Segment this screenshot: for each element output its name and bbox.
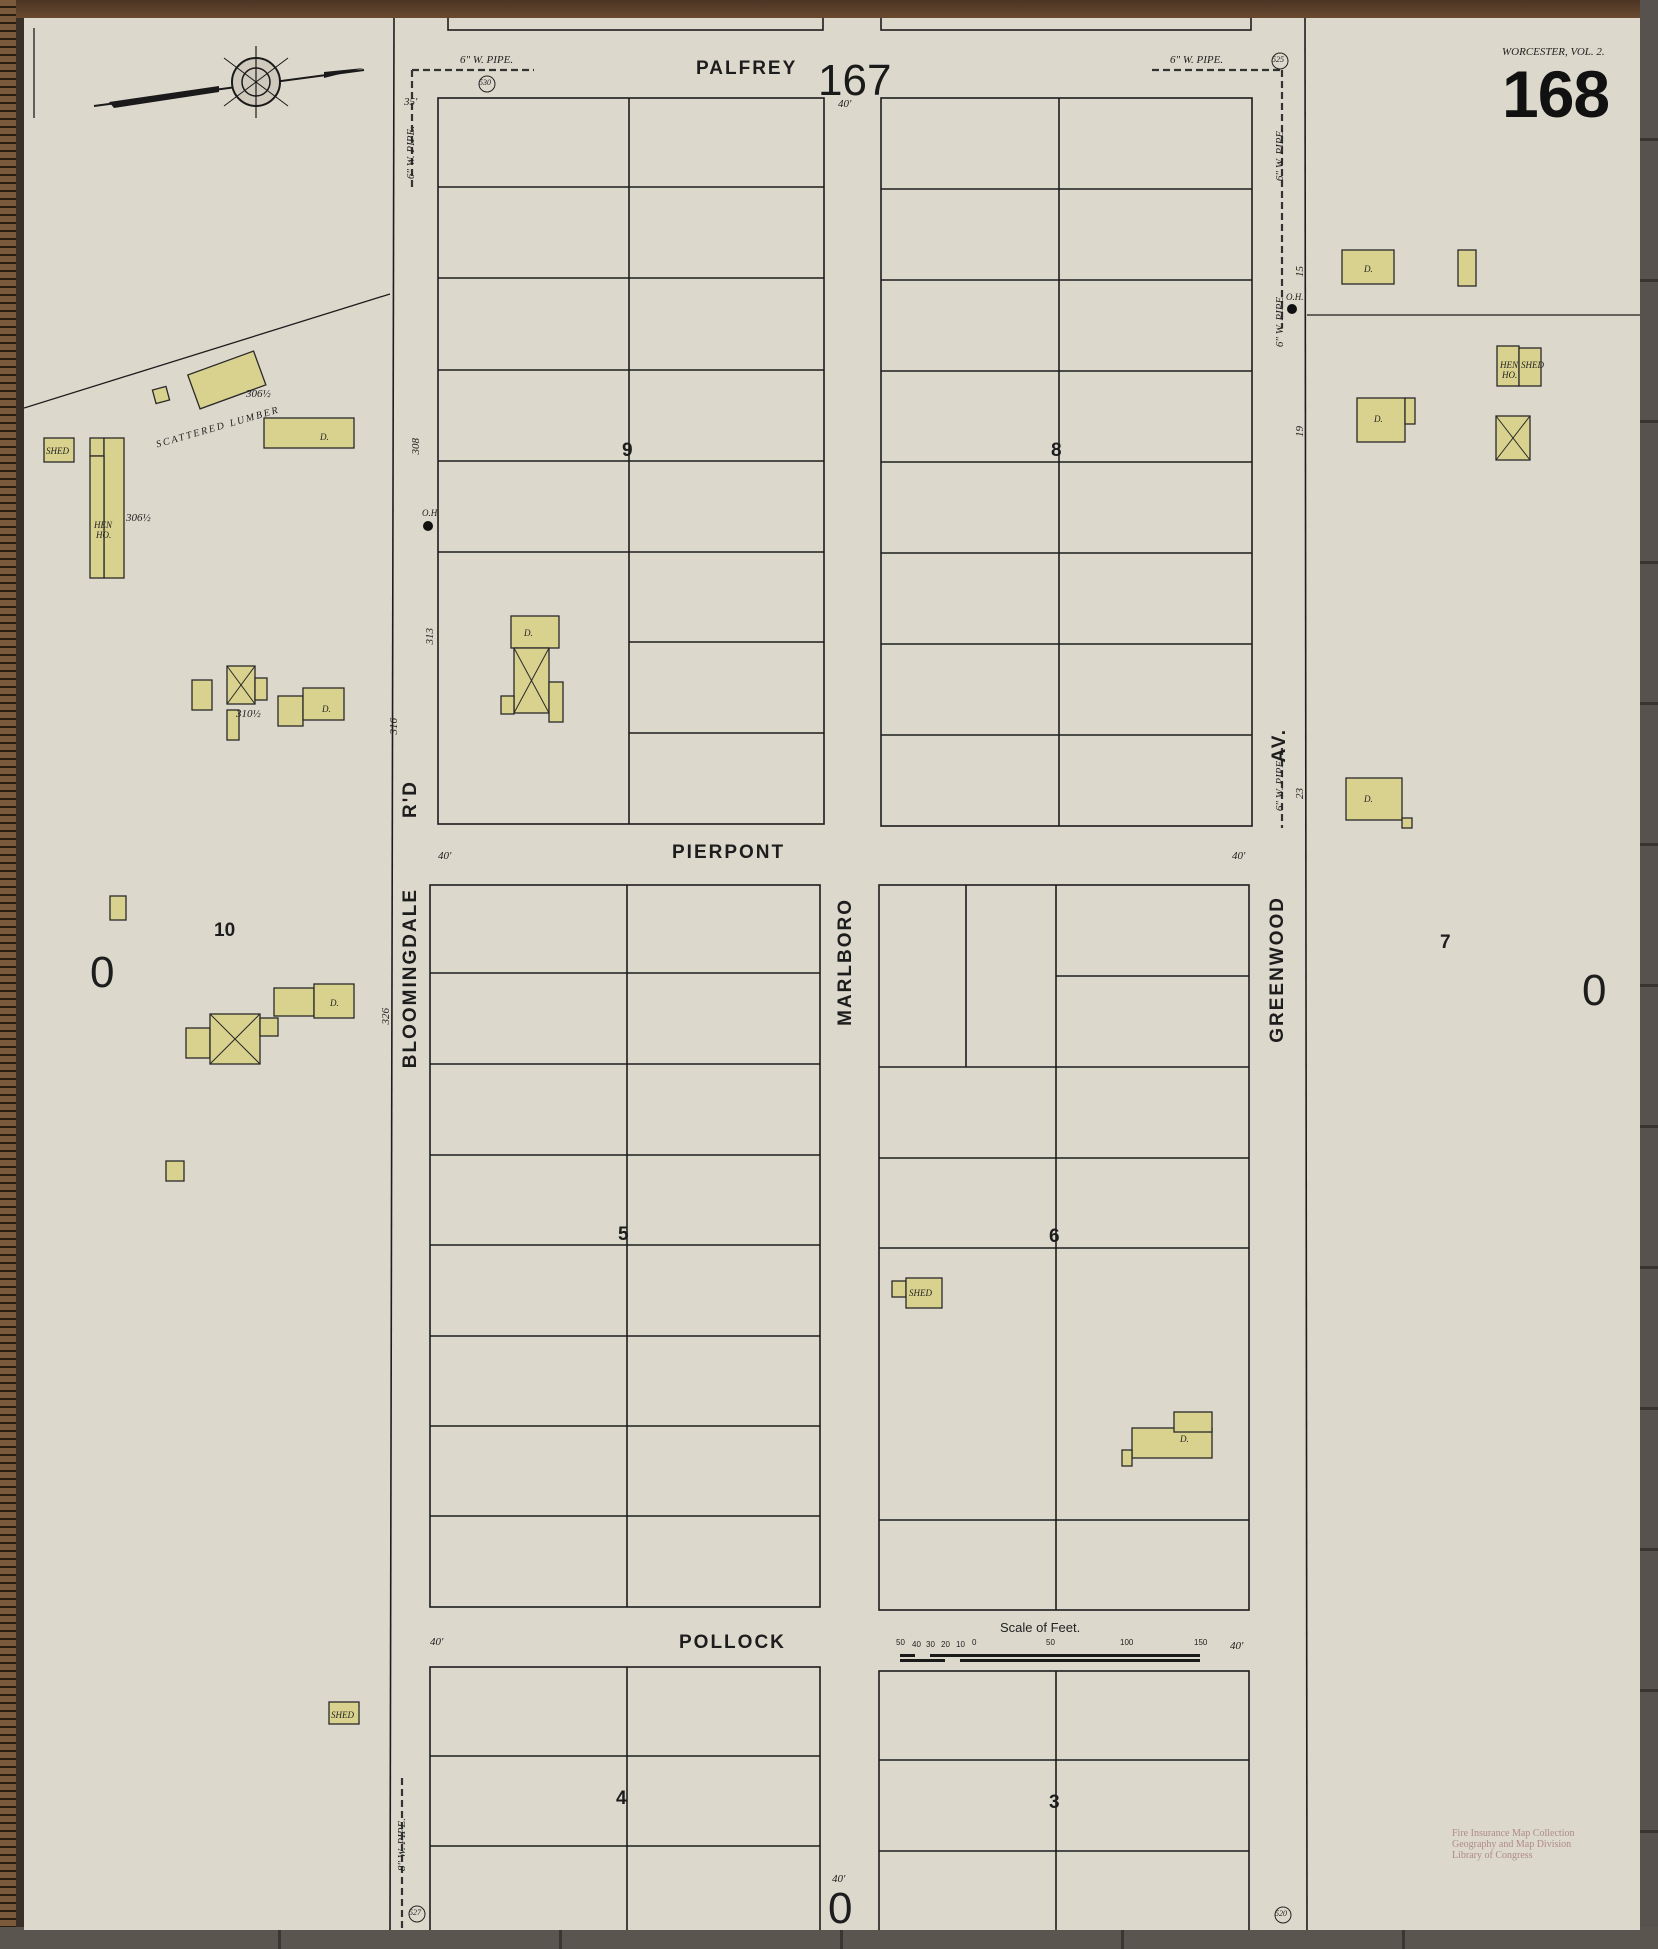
pipe-label-greenwood-south: 6" W. PIPE. xyxy=(1274,758,1286,811)
street-width-pierpont-w: 40' xyxy=(438,850,451,862)
pipe-label-bloomingdale-north: 6" W. PIPE. xyxy=(405,126,417,179)
elevation-sw: 527 xyxy=(409,1908,421,1917)
street-greenwood: GREENWOOD xyxy=(1267,896,1289,1043)
street-width-pierpont-e: 40' xyxy=(1232,850,1245,862)
block-7: 7 xyxy=(1440,932,1451,954)
block-9: 9 xyxy=(622,440,633,462)
block-10: 10 xyxy=(214,920,235,942)
svg-text:D.: D. xyxy=(1179,1434,1189,1444)
house-number: 313 xyxy=(424,628,436,645)
street-palfrey: PALFREY xyxy=(696,58,797,80)
scale-tick: 0 xyxy=(972,1638,976,1647)
pipe-label-bloomingdale-south: 8" W. PIPE. xyxy=(396,1818,408,1871)
svg-text:SHED: SHED xyxy=(909,1288,932,1298)
house-number: 310½ xyxy=(236,708,261,720)
house-number: 19 xyxy=(1294,426,1306,437)
svg-text:SHED: SHED xyxy=(1521,360,1544,370)
right-ruler xyxy=(1640,0,1658,1949)
house-number: 316 xyxy=(388,718,400,735)
adjacent-page-ref: 167 xyxy=(818,56,891,106)
svg-text:D.: D. xyxy=(523,628,533,638)
pipe-label-palfrey-west: 6" W. PIPE. xyxy=(460,54,513,66)
house-number: 326 xyxy=(380,1008,392,1025)
street-marlboro: MARLBORO xyxy=(835,898,857,1026)
house-number: 306½ xyxy=(246,388,271,400)
adjacent-ref-east: 0 xyxy=(1582,966,1606,1016)
left-ruler xyxy=(0,0,16,1949)
hydrant-label-east: O.H. xyxy=(1286,292,1304,302)
street-bloomingdale-suffix: R'D xyxy=(400,780,422,818)
house-number: 23 xyxy=(1294,788,1306,799)
page-number: 168 xyxy=(1502,56,1609,132)
pipe-label-palfrey-east: 6" W. PIPE. xyxy=(1170,54,1223,66)
street-pierpont: PIERPONT xyxy=(672,842,785,864)
scale-tick: 20 xyxy=(941,1640,950,1649)
hydrant-label-west: O.H. xyxy=(422,508,440,518)
pipe-label-greenwood-mid: 6" W. PIPE. xyxy=(1274,294,1286,347)
house-number: 306½ xyxy=(126,512,151,524)
street-width-bloomingdale: 35' xyxy=(404,96,417,108)
scale-tick: 30 xyxy=(926,1640,935,1649)
street-width-palfrey: 40' xyxy=(838,98,851,110)
elevation-se: 520 xyxy=(1275,1909,1287,1918)
block-4: 4 xyxy=(616,1788,627,1810)
scale-tick: 50 xyxy=(896,1638,905,1647)
map-linework: SHED HEN HO. D. D. D. SHED D. D. HEN HO.… xyxy=(24,18,1640,1930)
svg-text:SHED: SHED xyxy=(331,1710,354,1720)
scale-tick: 50 xyxy=(1046,1638,1055,1647)
svg-text:HO.: HO. xyxy=(95,530,111,540)
svg-text:D.: D. xyxy=(1373,414,1383,424)
street-width-marlboro-s: 40' xyxy=(832,1873,845,1885)
loc-stamp: Fire Insurance Map Collection Geography … xyxy=(1452,1828,1574,1861)
svg-text:HO.: HO. xyxy=(1501,370,1517,380)
loc-stamp-line-2: Geography and Map Division xyxy=(1452,1839,1574,1850)
shed-label: SHED xyxy=(46,446,69,456)
svg-text:HEN: HEN xyxy=(1499,360,1519,370)
scale-tick: 10 xyxy=(956,1640,965,1649)
scale-tick: 100 xyxy=(1120,1638,1133,1647)
street-width-pollock-w: 40' xyxy=(430,1636,443,1648)
scale-bar xyxy=(900,1654,1200,1662)
loc-stamp-line-3: Library of Congress xyxy=(1452,1850,1574,1861)
street-width-pollock-e: 40' xyxy=(1230,1640,1243,1652)
svg-text:D.: D. xyxy=(321,704,331,714)
elevation-nw: 530 xyxy=(479,78,491,87)
elevation-ne: 525 xyxy=(1272,55,1284,64)
pipe-label-greenwood-north: 6" W. PIPE. xyxy=(1274,128,1286,181)
street-bloomingdale: BLOOMINGDALE xyxy=(400,888,422,1068)
svg-text:D.: D. xyxy=(1363,264,1373,274)
scale-tick: 150 xyxy=(1194,1638,1207,1647)
svg-text:HEN: HEN xyxy=(93,520,113,530)
block-5: 5 xyxy=(618,1224,629,1246)
block-8: 8 xyxy=(1051,440,1062,462)
scale-title: Scale of Feet. xyxy=(1000,1620,1080,1635)
street-pollock: POLLOCK xyxy=(679,1632,786,1654)
house-number: 308 xyxy=(410,438,422,455)
loc-stamp-line-1: Fire Insurance Map Collection xyxy=(1452,1828,1574,1839)
compass-rose-icon xyxy=(94,46,364,118)
map-sheet: SHED HEN HO. D. D. D. SHED D. D. HEN HO.… xyxy=(24,18,1640,1930)
adjacent-ref-south: 0 xyxy=(828,1884,852,1934)
svg-text:D.: D. xyxy=(1363,794,1373,804)
svg-text:D.: D. xyxy=(319,432,329,442)
svg-text:D.: D. xyxy=(329,998,339,1008)
adjacent-ref-west: 0 xyxy=(90,948,114,998)
block-3: 3 xyxy=(1049,1792,1060,1814)
house-number: 15 xyxy=(1294,266,1306,277)
scale-tick: 40 xyxy=(912,1640,921,1649)
block-6: 6 xyxy=(1049,1226,1060,1248)
sheet-top-edge xyxy=(16,0,1640,18)
